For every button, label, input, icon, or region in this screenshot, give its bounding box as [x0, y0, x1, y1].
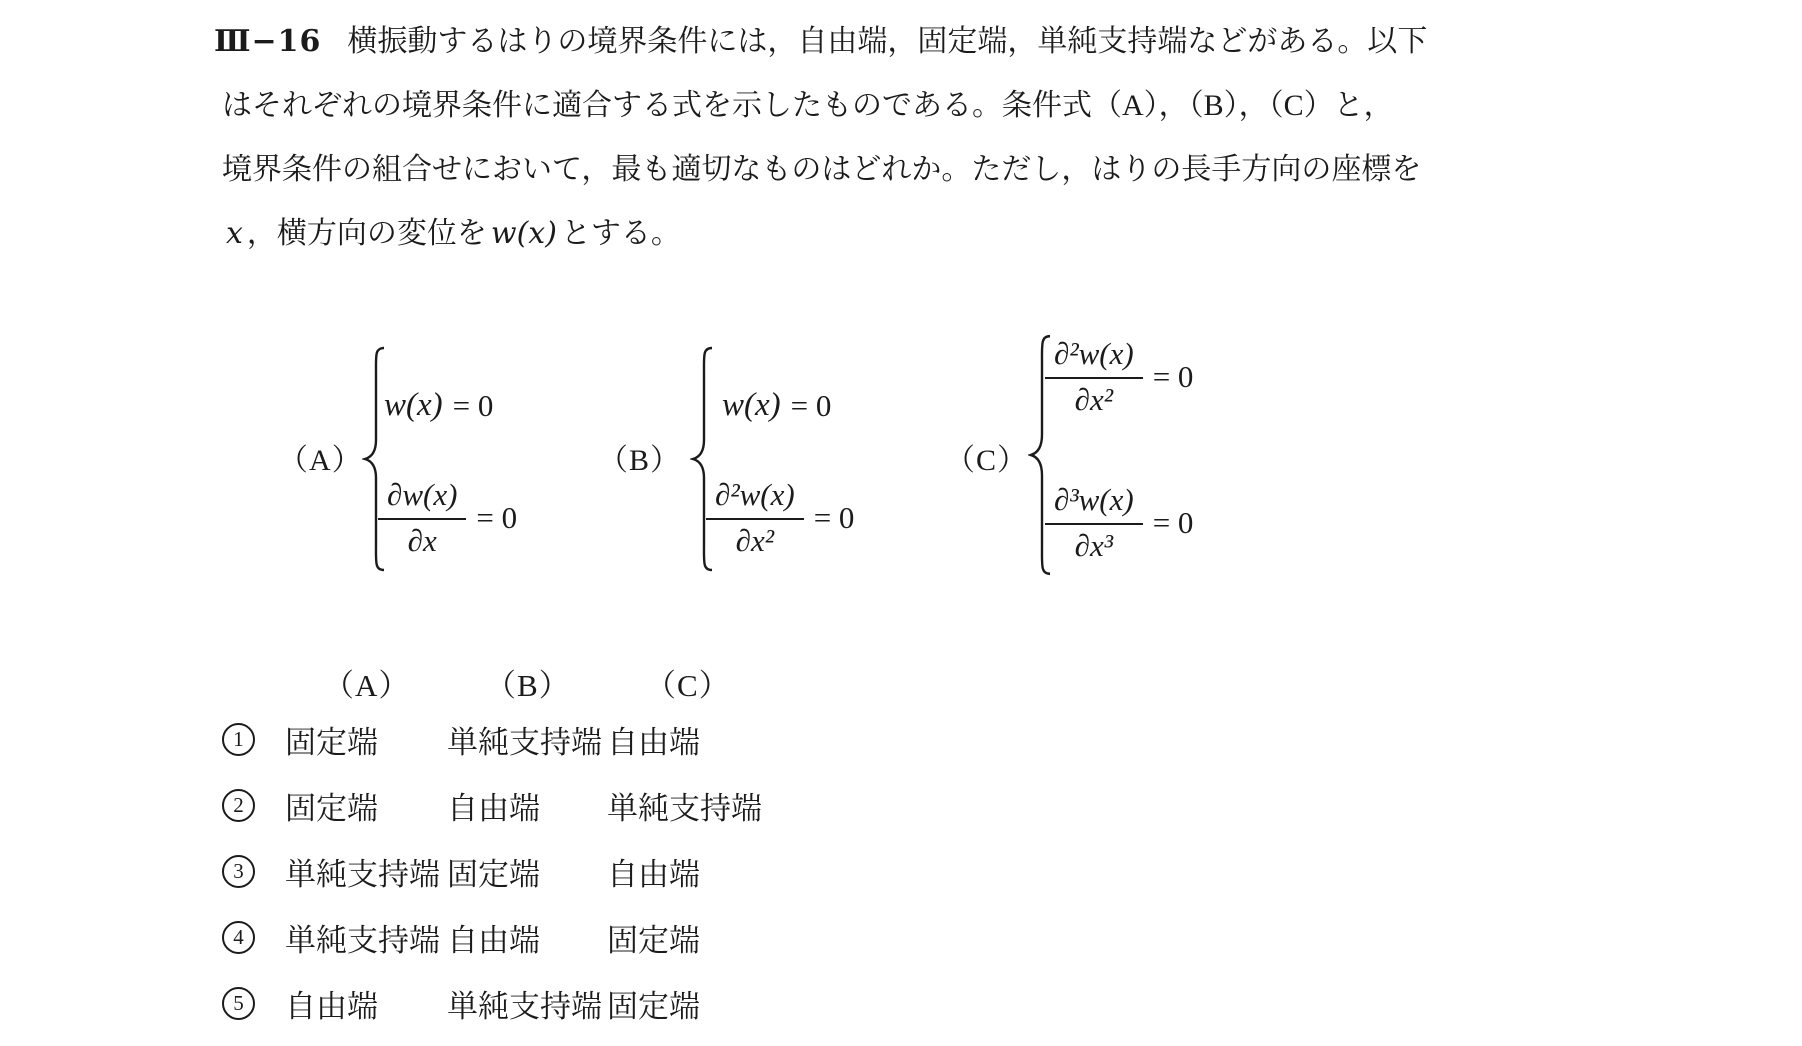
statement-line-4-text2: とする。 [561, 217, 681, 250]
answer-row-4: 4 単純支持端 自由端 固定端 [222, 904, 777, 970]
answer-row-3: 3 単純支持端 固定端 自由端 [222, 838, 777, 904]
problem-statement: Ⅲ−16横振動するはりの境界条件には，自由端，固定端，単純支持端などがある。以下… [214, 10, 1427, 266]
cell-a: 固定端 [285, 783, 447, 828]
answer-row-1: 1 固定端 単純支持端 自由端 [222, 706, 777, 772]
equation-lhs: w(x) [384, 387, 443, 424]
answer-row-5: 5 自由端 単純支持端 固定端 [222, 970, 777, 1036]
cell-c: 単純支持端 [607, 783, 777, 828]
fraction-numerator: ∂³w(x) [1045, 483, 1143, 525]
system-b-label: （B） [598, 435, 681, 479]
statement-line-3: 境界条件の組合せにおいて，最も適切なものはどれか。ただし，はりの長手方向の座標を [214, 138, 1427, 202]
system-c-equation-1: ∂²w(x) ∂x² = 0 [1045, 337, 1193, 417]
cell-c: 固定端 [607, 915, 777, 960]
cell-c: 固定端 [607, 981, 777, 1026]
equation-rhs: = 0 [1153, 505, 1194, 541]
cell-a: 単純支持端 [285, 849, 447, 894]
equation-system-c: （C） ∂²w(x) ∂x² = 0 ∂³w(x) ∂x³ = 0 [945, 325, 1275, 583]
equation-system-b: （B） w(x) = 0 ∂²w(x) ∂x² = 0 [598, 335, 908, 580]
cell-c: 自由端 [607, 849, 777, 894]
system-a-label: （A） [278, 435, 363, 479]
fraction-denominator: ∂x [408, 520, 437, 559]
choice-number: 4 [222, 921, 255, 954]
system-a-equation-2: ∂w(x) ∂x = 0 [378, 478, 517, 558]
cell-a: 固定端 [285, 717, 447, 762]
equation-system-a: （A） w(x) = 0 ∂w(x) ∂x = 0 [278, 335, 578, 580]
cell-b: 自由端 [447, 783, 607, 828]
statement-line-1: Ⅲ−16横振動するはりの境界条件には，自由端，固定端，単純支持端などがある。以下 [214, 10, 1427, 74]
equation-rhs: = 0 [1153, 359, 1194, 395]
answer-table-header: （A） （B） （C） [222, 658, 777, 706]
equation-rhs: = 0 [476, 500, 517, 536]
equation-rhs: = 0 [791, 388, 832, 424]
exam-page: Ⅲ−16横振動するはりの境界条件には，自由端，固定端，単純支持端などがある。以下… [0, 0, 1802, 1046]
fraction: ∂²w(x) ∂x² [706, 478, 804, 558]
fraction: ∂w(x) ∂x [378, 478, 466, 558]
statement-line-4-text1: ，横方向の変位を [247, 217, 487, 250]
fraction-numerator: ∂w(x) [378, 478, 466, 520]
statement-line-1-text: 横振動するはりの境界条件には，自由端，固定端，単純支持端などがある。以下 [347, 25, 1427, 58]
fraction-numerator: ∂²w(x) [1045, 337, 1143, 379]
equation-rhs: = 0 [814, 500, 855, 536]
header-col-c: （C） [607, 660, 777, 705]
equation-lhs: w(x) [722, 387, 781, 424]
problem-number: Ⅲ−16 [214, 24, 321, 59]
answer-row-2: 2 固定端 自由端 単純支持端 [222, 772, 777, 838]
header-col-b: （B） [447, 660, 607, 705]
statement-line-4: x，横方向の変位をw(x)とする。 [214, 202, 1427, 266]
fraction: ∂³w(x) ∂x³ [1045, 483, 1143, 563]
system-c-equation-2: ∂³w(x) ∂x³ = 0 [1045, 483, 1193, 563]
cell-a: 自由端 [285, 981, 447, 1026]
variable-x: x [222, 216, 247, 251]
system-b-equation-1: w(x) = 0 [722, 387, 831, 424]
cell-a: 単純支持端 [285, 915, 447, 960]
cell-b: 単純支持端 [447, 981, 607, 1026]
equation-rhs: = 0 [453, 388, 494, 424]
answer-table: （A） （B） （C） 1 固定端 単純支持端 自由端 2 固定端 自由端 単純… [222, 658, 777, 1036]
cell-c: 自由端 [607, 717, 777, 762]
fraction-denominator: ∂x² [1075, 379, 1113, 418]
header-col-a: （A） [285, 660, 447, 705]
system-b-equation-2: ∂²w(x) ∂x² = 0 [706, 478, 854, 558]
fraction-denominator: ∂x² [736, 520, 774, 559]
fraction-numerator: ∂²w(x) [706, 478, 804, 520]
choice-number: 1 [222, 723, 255, 756]
choice-number: 5 [222, 987, 255, 1020]
cell-b: 自由端 [447, 915, 607, 960]
cell-b: 固定端 [447, 849, 607, 894]
displacement-wx: w(x) [487, 216, 561, 251]
cell-b: 単純支持端 [447, 717, 607, 762]
choice-number: 2 [222, 789, 255, 822]
system-c-label: （C） [945, 435, 1028, 479]
choice-number: 3 [222, 855, 255, 888]
system-a-equation-1: w(x) = 0 [384, 387, 493, 424]
fraction: ∂²w(x) ∂x² [1045, 337, 1143, 417]
fraction-denominator: ∂x³ [1075, 525, 1113, 564]
statement-line-2: はそれぞれの境界条件に適合する式を示したものである。条件式（A），（B），（C）… [214, 74, 1427, 138]
